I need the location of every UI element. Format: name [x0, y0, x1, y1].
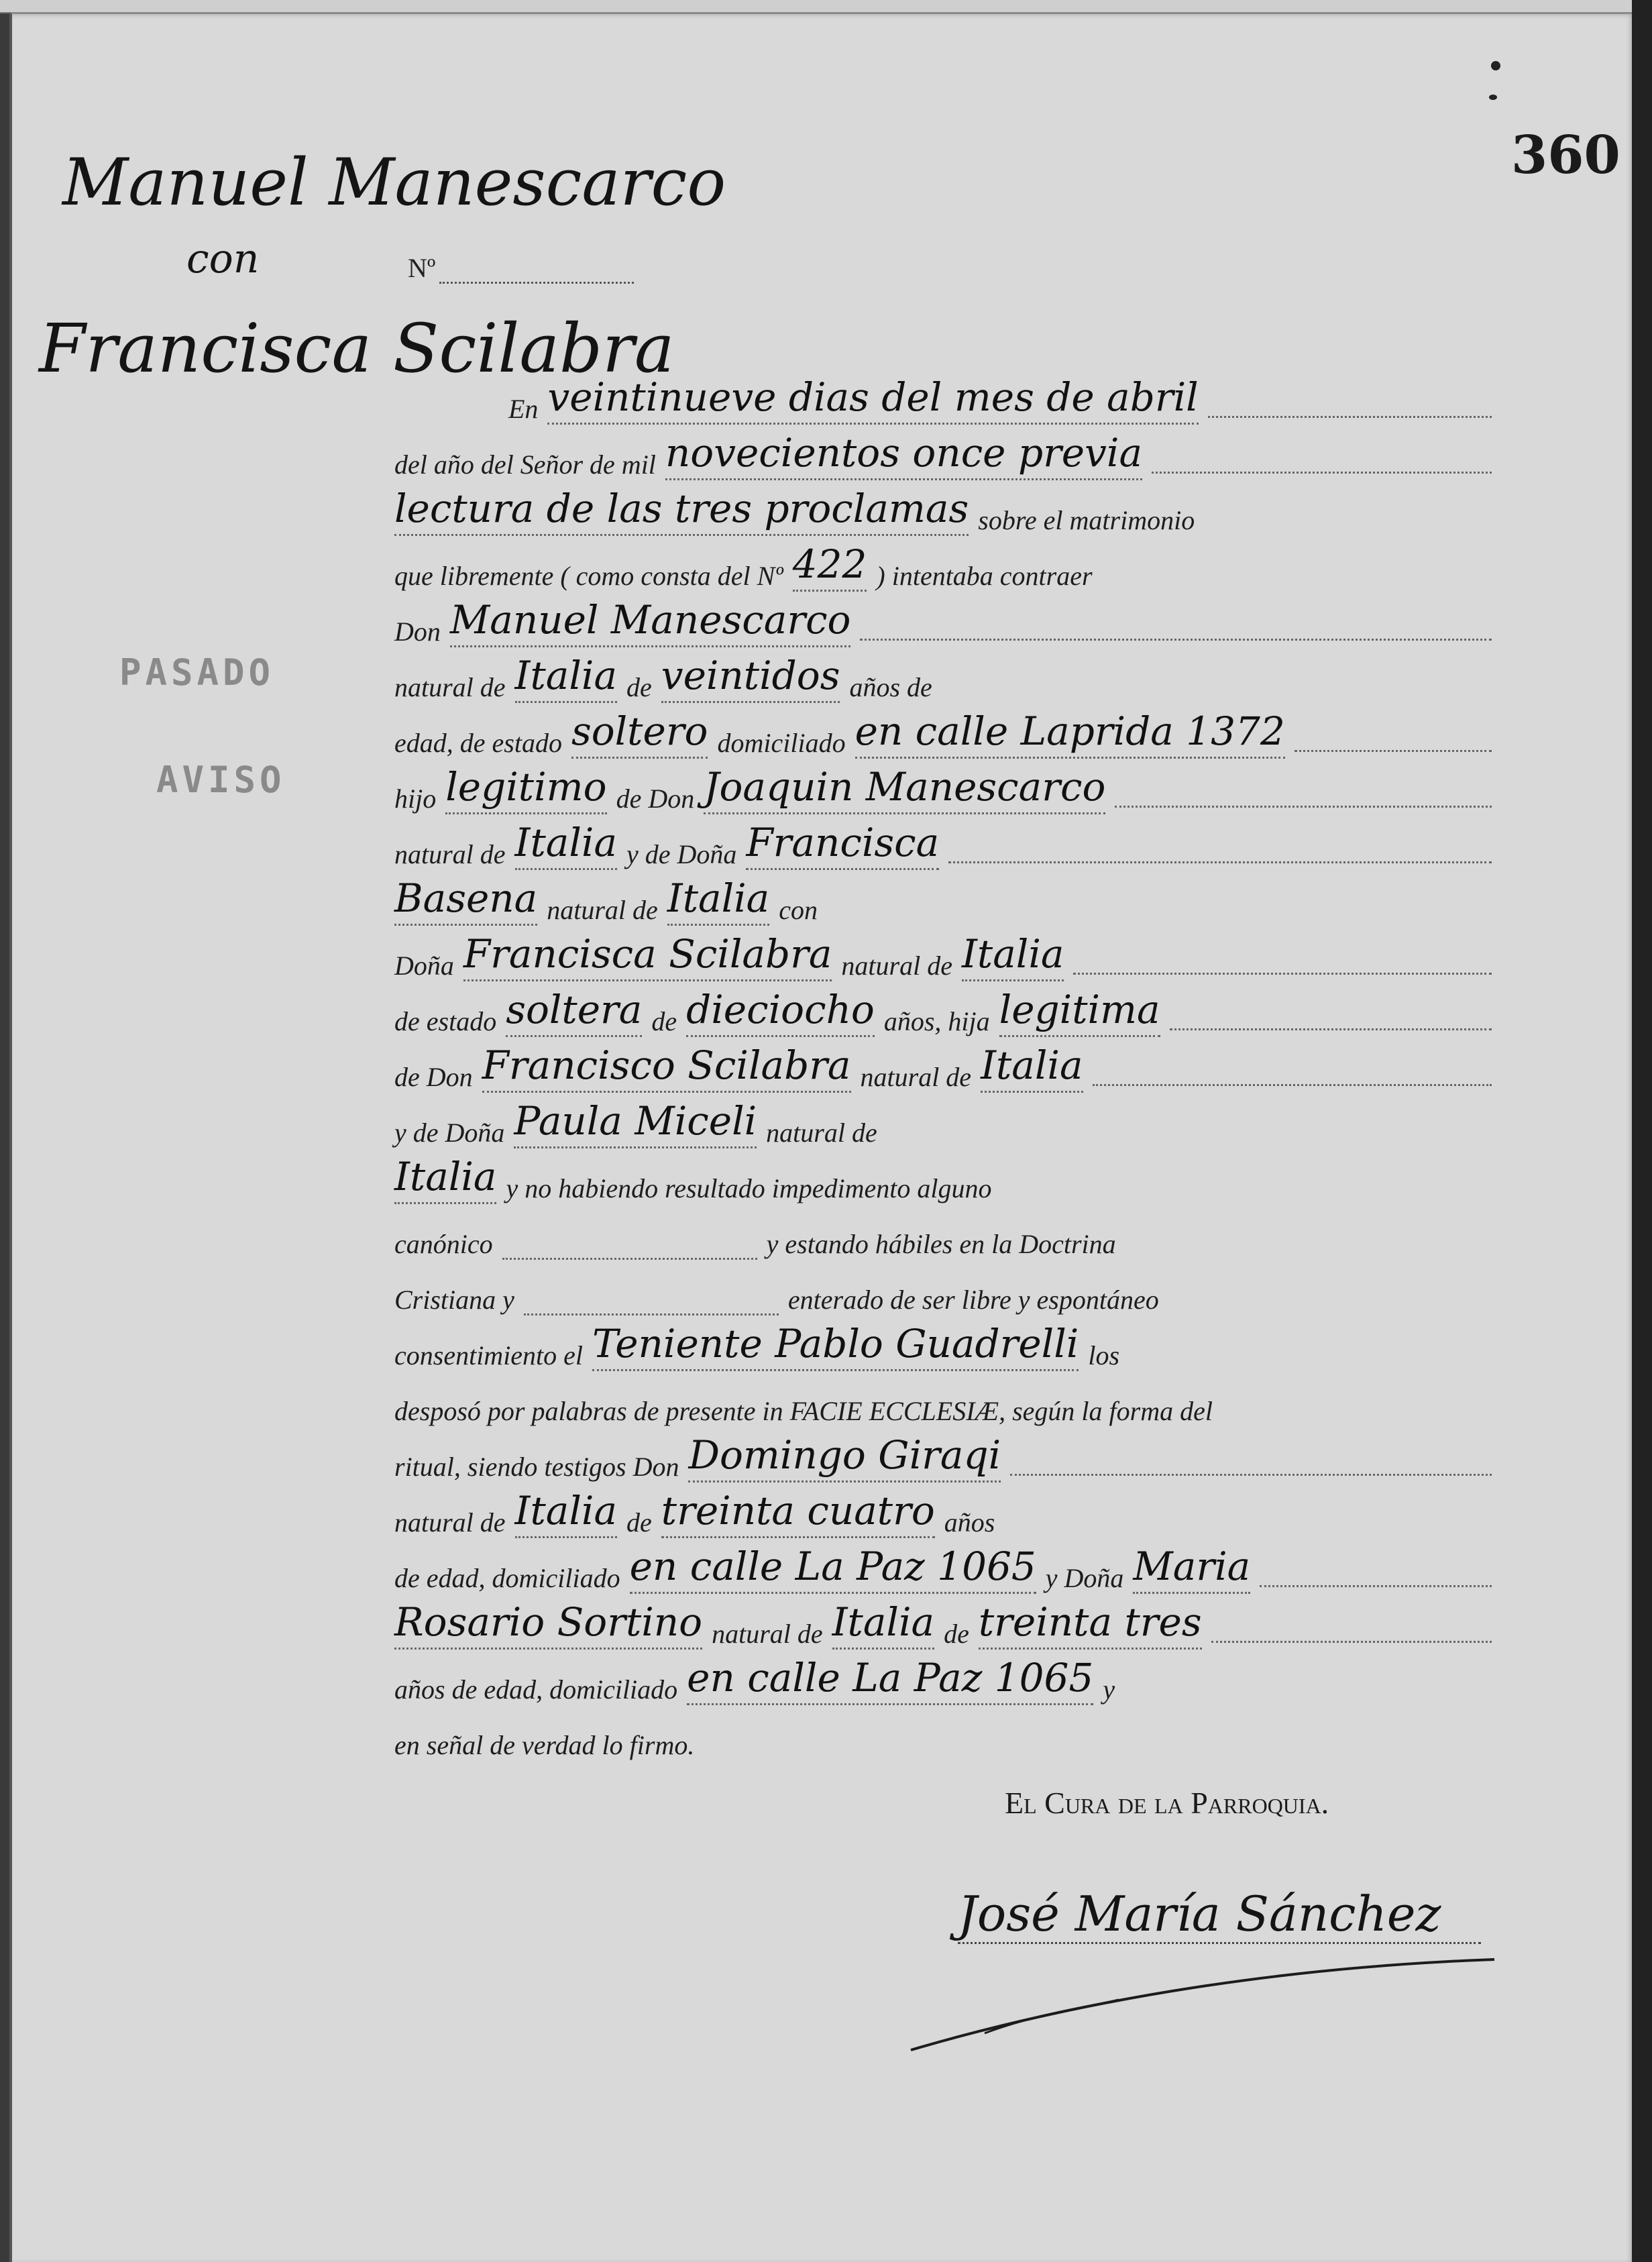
record-line: natural deItaliadeveintidosaños de	[394, 641, 1501, 703]
handwritten-entry: soltero	[571, 708, 708, 759]
printed-label: en señal de verdad lo firmo.	[394, 1729, 694, 1761]
dotted-rule	[1170, 1028, 1492, 1030]
dotted-rule	[1211, 1641, 1492, 1643]
record-line: Basenanatural deItaliacon	[394, 864, 1501, 926]
page-right-edge	[1632, 0, 1652, 2262]
handwritten-entry: Italia	[515, 1488, 617, 1538]
number-value	[439, 262, 634, 284]
record-line: lectura de las tres proclamassobre el ma…	[394, 474, 1501, 536]
record-line: de edad, domiciliadoen calle La Paz 1065…	[394, 1532, 1501, 1594]
record-line: Italiay no habiendo resultado impediment…	[394, 1142, 1501, 1204]
handwritten-entry: Italia	[962, 931, 1064, 981]
record-line: natural deItaliadetreinta cuatroaños	[394, 1476, 1501, 1538]
record-line: de DonFrancisco Scilabranatural deItalia	[394, 1031, 1501, 1093]
handwritten-entry: novecientos once previa	[665, 430, 1142, 480]
record-line: y de DoñaPaula Micelinatural de	[394, 1087, 1501, 1148]
handwritten-entry: Italia	[832, 1599, 934, 1650]
dotted-rule	[1115, 806, 1492, 808]
dotted-rule	[1073, 973, 1492, 975]
stamp-aviso: AVISO	[156, 759, 286, 801]
handwritten-entry: lectura de las tres proclamas	[394, 486, 969, 536]
margin-number: Nº	[408, 252, 634, 284]
handwritten-entry: soltera	[506, 987, 642, 1037]
ink-mark	[1491, 61, 1500, 70]
dotted-rule	[1010, 1474, 1492, 1476]
record-line: años de edad, domiciliadoen calle La Paz…	[394, 1644, 1501, 1705]
dotted-rule	[1295, 750, 1492, 752]
handwritten-entry: 422	[793, 541, 867, 592]
register-page: 360 Manuel Manescarco con Nº Francisca S…	[9, 12, 1635, 2262]
dotted-rule	[1208, 416, 1492, 418]
handwritten-entry: Basena	[394, 875, 537, 926]
handwritten-entry: en calle La Paz 1065	[687, 1655, 1093, 1705]
handwritten-entry: Domingo Giraqi	[688, 1432, 1001, 1483]
handwritten-entry: Italia	[981, 1042, 1083, 1093]
handwritten-entry: Maria	[1133, 1544, 1250, 1594]
dotted-rule	[1152, 472, 1492, 474]
handwritten-entry: legitima	[999, 987, 1160, 1037]
handwritten-entry: Manuel Manescarco	[450, 597, 851, 647]
record-line: consentimiento elTeniente Pablo Guadrell…	[394, 1309, 1501, 1371]
handwritten-entry: veintinueve dias del mes de abril	[547, 374, 1198, 425]
handwritten-entry: Joaquin Manescarco	[704, 764, 1105, 814]
handwritten-entry: Francisca Scilabra	[463, 931, 832, 981]
page-top-edge	[0, 0, 1652, 13]
record-line: DoñaFrancisca Scilabranatural deItalia	[394, 920, 1501, 981]
handwritten-entry: Italia	[515, 653, 617, 703]
handwritten-entry: Rosario Sortino	[394, 1599, 702, 1650]
signature-flourish	[904, 1933, 1508, 2060]
record-line: ritual, siendo testigos DonDomingo Giraq…	[394, 1421, 1501, 1483]
dotted-rule	[860, 639, 1492, 641]
handwritten-entry: Teniente Pablo Guadrelli	[592, 1321, 1079, 1371]
handwritten-entry: Francisca	[746, 820, 939, 870]
record-line: en señal de verdad lo firmo.	[394, 1699, 1501, 1761]
dotted-rule	[1260, 1585, 1492, 1587]
page-number: 360	[1511, 125, 1620, 186]
handwritten-entry: Italia	[667, 875, 769, 926]
dotted-rule	[948, 861, 1492, 863]
record-line: del año del Señor de milnovecientos once…	[394, 419, 1501, 480]
record-line: que libremente ( como consta del Nº422) …	[394, 530, 1501, 592]
record-line: de estadosolteradedieciochoaños, hijaleg…	[394, 975, 1501, 1037]
handwritten-entry: en calle La Paz 1065	[630, 1544, 1036, 1594]
record-line: Cristiana yenterado de ser libre y espon…	[394, 1254, 1501, 1315]
record-line: Rosario Sortinonatural deItaliadetreinta…	[394, 1588, 1501, 1650]
stamp-pasado: PASADO	[119, 651, 274, 694]
handwritten-entry: treinta cuatro	[661, 1488, 935, 1538]
handwritten-entry: Italia	[515, 820, 617, 870]
record-line: hijolegitimode DonJoaquin Manescarco	[394, 753, 1501, 814]
handwritten-entry: dieciocho	[686, 987, 875, 1037]
handwritten-entry: treinta tres	[979, 1599, 1202, 1650]
record-line: desposó por palabras de presente in FACI…	[394, 1365, 1501, 1427]
ink-mark	[1489, 95, 1497, 100]
signature-title: El Cura de la Parroquia.	[1005, 1785, 1329, 1821]
handwritten-entry: Italia	[394, 1154, 496, 1204]
handwritten-entry: en calle Laprida 1372	[855, 708, 1285, 759]
margin-groom-name: Manuel Manescarco	[62, 145, 726, 220]
margin-connector: con	[186, 235, 259, 282]
dotted-rule	[1093, 1084, 1492, 1086]
record-line: Enveintinueve dias del mes de abril	[508, 363, 1501, 425]
record-line: DonManuel Manescarco	[394, 586, 1501, 647]
record-line: canónicoy estando hábiles en la Doctrina	[394, 1198, 1501, 1260]
record-line: edad, de estadosolterodomiciliadoen call…	[394, 697, 1501, 759]
handwritten-entry: veintidos	[661, 653, 840, 703]
handwritten-entry: Francisco Scilabra	[482, 1042, 851, 1093]
handwritten-entry: legitimo	[445, 764, 606, 814]
record-line: natural deItaliay de DoñaFrancisca	[394, 808, 1501, 870]
number-label: Nº	[408, 252, 435, 284]
handwritten-entry: Paula Miceli	[514, 1098, 757, 1148]
